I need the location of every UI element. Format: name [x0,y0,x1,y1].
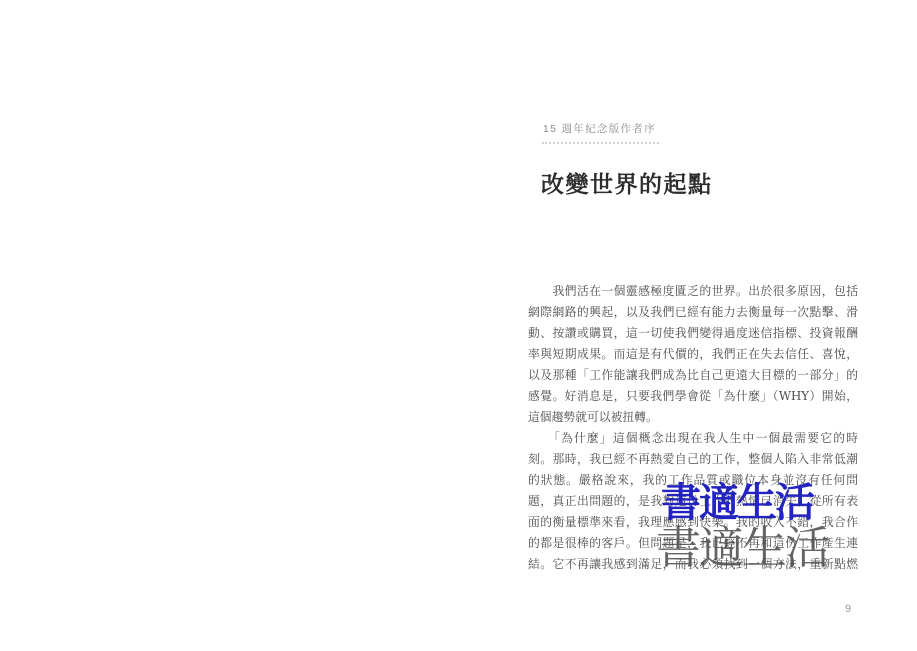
text-line: 動、按讚或購買，這一切使我們變得過度迷信指標、投資報酬 [528,323,858,344]
text-line: 「為什麼」這個概念出現在我人生中一個最需要它的時 [528,428,858,449]
text-line: 這個趨勢就可以被扭轉。 [528,407,858,428]
text-line: 感覺。好消息是，只要我們學會從「為什麼」（WHY）開始， [528,386,858,407]
chapter-title: 改變世界的起點 [541,166,713,199]
text-line: 我們活在一個靈感極度匱乏的世界。出於很多原因，包括 [528,281,858,302]
watermark-blue: 書適生活 [661,481,813,525]
book-page-scan: 15 週年紀念版作者序 改變世界的起點 我們活在一個靈感極度匱乏的世界。出於很多… [0,0,917,651]
page-number: 9 [845,603,851,615]
watermark-gray-ghost: 書適生活 [656,523,828,573]
section-label: 15 週年紀念版作者序 [543,121,656,136]
text-line: 以及那種「工作能讓我們成為比自己更遠大目標的一部分」的 [528,365,858,386]
text-line: 網際網路的興起，以及我們已經有能力去衡量每一次點擊、滑 [528,302,858,323]
text-line: 率與短期成果。而這是有代價的，我們正在失去信任、喜悅， [528,344,858,365]
text-line: 刻。那時，我已經不再熱愛自己的工作，整個人陷入非常低潮 [528,449,858,470]
section-divider-dotted-line [542,142,659,144]
